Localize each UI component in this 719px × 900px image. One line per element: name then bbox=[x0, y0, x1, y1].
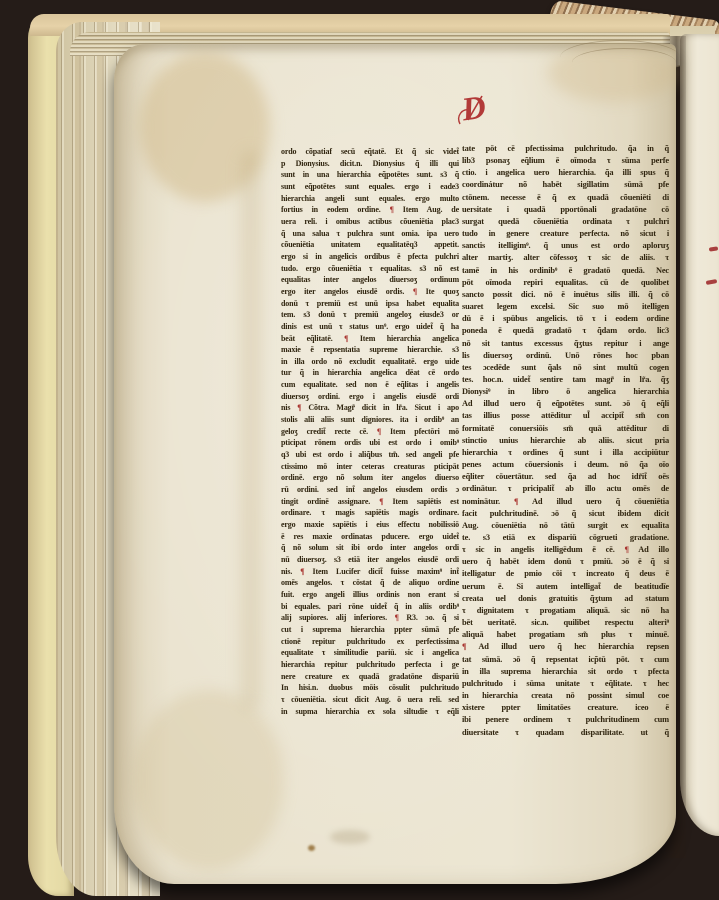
text-line: pōt oīmoda repiri equalitas. cū de quoli… bbox=[462, 277, 669, 289]
pilcrow-rubric: ¶ bbox=[300, 567, 304, 576]
text-line: Dionysi⁹ in libro ō angelica hierarchia bbox=[462, 386, 669, 398]
text-line: tat sūmā. ɔō q̃ repsentat icp̃tū pōt. τ … bbox=[462, 654, 669, 666]
text-line: tes. hoc.n. uidet̃ sentire tam magr̃ in … bbox=[462, 374, 669, 386]
text-line: ordinē. ergo nõ solum iter angelos diuer… bbox=[281, 472, 459, 484]
rubricated-initial-D: D bbox=[456, 90, 496, 132]
text-line: poneda ē quedā gradatō τ q̃dam ordo. lic… bbox=[462, 325, 669, 337]
pilcrow-rubric: ¶ bbox=[413, 287, 417, 296]
pilcrow-rubric: ¶ bbox=[390, 205, 394, 214]
text-line: sunt eq̃potētes sunt equales. ergo i ead… bbox=[281, 181, 459, 193]
text-line: tes ɔcedēde sunt q̃als nō sint multū cog… bbox=[462, 362, 669, 374]
text-line: ergo si in angelicis ordibus ē pfecta pu… bbox=[281, 251, 459, 263]
text-line: ordinātur. τ pricipalit̃ ab illo actu om… bbox=[462, 483, 669, 495]
text-line: xistere ppter limitatōes creature. iceo … bbox=[462, 702, 669, 714]
text-line: In hisi.n. duobus mōis cōsulit pulchritu… bbox=[281, 682, 459, 694]
text-line: lis diuersoʒ ordinū. Unō rōnes hoc pban bbox=[462, 350, 669, 362]
text-line: dinis est unū τ status un⁹. ergo uidet̃ … bbox=[281, 321, 459, 333]
text-line: penes actum cōuersionis i deum. nō q̃a o… bbox=[462, 459, 669, 471]
text-line: q3 ubi est ordo i aliq̃bus tm̃. sed ange… bbox=[281, 449, 459, 461]
text-line: equalitate τ similitudie pariū. sic i an… bbox=[281, 647, 459, 659]
text-line: tingit ordinē assignare. ¶ Item sapiētis… bbox=[281, 496, 459, 508]
pilcrow-rubric: ¶ bbox=[462, 642, 466, 651]
text-line: lib3 psonaʒ eq̃lium ē oīmoda τ sūma perf… bbox=[462, 155, 669, 167]
text-line: uersitate i quadā pportōnali gradatōne c… bbox=[462, 204, 669, 216]
text-line: omēs angelos. τ cōstat q̃ de aliquo ordi… bbox=[281, 577, 459, 589]
text-line: tur q̃ in hierarchia angelica dēat cē or… bbox=[281, 367, 459, 379]
text-line: in hierarchia creata nō possint simul co… bbox=[462, 690, 669, 702]
text-line: in illa suprema hierarchia sit ordo τ pf… bbox=[462, 666, 669, 678]
text-line: q̃ nõ solum sit ibi ordo inter angelos o… bbox=[281, 542, 459, 554]
text-line: eq̃liter cōuertātur. sed q̃a ad hoc idr̃… bbox=[462, 471, 669, 483]
text-line: donū τ premiū est unū ipsa habet equalit… bbox=[281, 298, 459, 310]
text-line: ergo iter angelos eiusdē ordis. ¶ Ite qu… bbox=[281, 286, 459, 298]
text-line: ctōnem. necesse ē q̃ ex quadā cõueniēti … bbox=[462, 192, 669, 204]
pilcrow-rubric: ¶ bbox=[377, 427, 381, 436]
text-line: in supma hierarchia ex sola siltudie τ e… bbox=[281, 706, 459, 718]
text-line: aliquā habet progatiam sm̃ plus τ minuē. bbox=[462, 629, 669, 641]
text-line: bēt ueritatē. sic.n. quilibet respectu a… bbox=[462, 617, 669, 629]
text-line: geloʒ credit̃ recte cē. ¶ Item pfectōri … bbox=[281, 426, 459, 438]
text-column-right: tate pōt cē pfectissima pulchritudo. q̃a… bbox=[462, 143, 669, 739]
text-line: beāt eq̃litatē. ¶ Item hierarchia angeli… bbox=[281, 333, 459, 345]
text-line: hierarchia repitur pulchritudo perfecta … bbox=[281, 659, 459, 671]
pilcrow-rubric: ¶ bbox=[344, 334, 348, 343]
text-line: tamē in his ordinib⁹ ē gradatō quedā. Ne… bbox=[462, 265, 669, 277]
text-line: maxie ē repsentatia supreme hierarchie. … bbox=[281, 344, 459, 356]
text-line: tudo in genere creature perfecta. nõ sic… bbox=[462, 228, 669, 240]
text-line: sancto possit dici. nō ē inuētus silis i… bbox=[462, 289, 669, 301]
text-line: stinctio unius hierarchie ab aliis. sicu… bbox=[462, 435, 669, 447]
page-stain bbox=[134, 690, 284, 870]
text-line: uerum ē. Si autem intelligat̃ de beatitu… bbox=[462, 581, 669, 593]
text-line: rū ordini. sed int̃ angelos eiusdem ordi… bbox=[281, 484, 459, 496]
text-line: formitatē conuersiōis sm̃ quā attēditur … bbox=[462, 423, 669, 435]
text-line: ergo maxie sapiētis i eius effectu nobil… bbox=[281, 519, 459, 531]
text-line: stolis alii aliis sunt digniores. ita i … bbox=[281, 414, 459, 426]
text-line: nō sit tantus excessus q̃ʒtus repitur i … bbox=[462, 338, 669, 350]
text-line: tas illius posse attēditur ul̃ accipit̃ … bbox=[462, 410, 669, 422]
text-line: ordinare. τ magis sapiētis magis ordinar… bbox=[281, 507, 459, 519]
text-line: tate pōt cē pfectissima pulchritudo. q̃a… bbox=[462, 143, 669, 155]
text-column-left: ordo cõpatiaf secū eq̃tatē. Et q̃ sic vi… bbox=[281, 146, 459, 718]
text-line: nis ¶ Cõtra. Magr̃ dicit in lr̃a. Sicut … bbox=[281, 402, 459, 414]
faint-pencil-smudge bbox=[330, 830, 370, 844]
text-line: bi equales. pari rōne uidet̃ q̃ in aliis… bbox=[281, 601, 459, 613]
text-line: equalitas inter angelos diuersoʒ ordinum bbox=[281, 274, 459, 286]
text-line: itelligatur de pmio cōi τ increato q̃ de… bbox=[462, 568, 669, 580]
text-line: fortius in eodem ordine. ¶ Item Aug. de bbox=[281, 204, 459, 216]
initial-letter: D bbox=[459, 89, 488, 130]
page-speck bbox=[308, 845, 315, 851]
text-line: τ sic in angelis itelligēdum ē cē. ¶ Ad … bbox=[462, 544, 669, 556]
text-line: alter martiʒ. alter cōfessoʒ τ sic de al… bbox=[462, 252, 669, 264]
text-line: ctissimo mō inter ceteras creaturas ptic… bbox=[281, 461, 459, 473]
text-line: Ad illud uero q̃ eq̃potētes sunt. ɔō q̃ … bbox=[462, 398, 669, 410]
text-line: tem. s3 donū τ premiū angeloʒ eiusde3 or bbox=[281, 309, 459, 321]
text-line: Aug. cōueniētia nō tātū surgit ex equali… bbox=[462, 520, 669, 532]
text-line: te. s3 etiā ex dispariū cōgrueti gradati… bbox=[462, 532, 669, 544]
pilcrow-rubric: ¶ bbox=[625, 545, 629, 554]
text-line: in illa ordo nõ excludit equalitatē. erg… bbox=[281, 356, 459, 368]
text-line: ordo cõpatiaf secū eq̃tatē. Et q̃ sic vi… bbox=[281, 146, 459, 158]
text-line: uera reli. i omibus actibus cõueniētia p… bbox=[281, 216, 459, 228]
text-line: τ dignitatem τ progatiam aliquā. sic nō … bbox=[462, 605, 669, 617]
text-line: ē res maxie ordinatas pducere. ergo uide… bbox=[281, 531, 459, 543]
text-line: pulchritudo i sūma unitate τ eq̃litate. … bbox=[462, 678, 669, 690]
text-line: cut i suprema hierarchia ppter sūmā pfe bbox=[281, 624, 459, 636]
text-line: cum equalitate. sed non ē eq̃litas i ang… bbox=[281, 379, 459, 391]
text-line: fuit. ergo angeli illius ordinis non era… bbox=[281, 589, 459, 601]
text-line: nis. ¶ Item Lucifer dicit̃ fuisse maxim⁹… bbox=[281, 566, 459, 578]
text-line: surgat quedā cõueniētia ordinata τ pulch… bbox=[462, 216, 669, 228]
page-curl-line bbox=[572, 48, 676, 77]
text-line: nominātur. ¶ Ad illud uero q̃ cōueniētia bbox=[462, 496, 669, 508]
text-line: sunt in una hierarchia eq̃potētes sunt. … bbox=[281, 169, 459, 181]
text-line: ctionē repitur pulchritudo ex perfectiss… bbox=[281, 636, 459, 648]
text-line: nere creature ex quadā gradatōne dispari… bbox=[281, 671, 459, 683]
text-line: creata uel donis gratuitis q̃ʒtum ad sta… bbox=[462, 593, 669, 605]
pilcrow-rubric: ¶ bbox=[297, 403, 301, 412]
text-line: dū ē i spūbus angelicis. tō τ i eodem or… bbox=[462, 313, 669, 325]
page-stain bbox=[240, 150, 262, 710]
pilcrow-rubric: ¶ bbox=[514, 497, 518, 506]
text-line: suaret legem excelsi. Sic suo mō itellig… bbox=[462, 301, 669, 313]
text-line: pticipat rōnem ordis ubi est ordo i omib… bbox=[281, 437, 459, 449]
pilcrow-rubric: ¶ bbox=[379, 497, 383, 506]
text-line: q̃ una salua τ pulchra sunt omia. ipa ue… bbox=[281, 228, 459, 240]
text-line: alij supiores. alij inferiores. ¶ R3. ɔo… bbox=[281, 612, 459, 624]
text-line: cõueniētia unitatem equalitatēq3 appetit… bbox=[281, 239, 459, 251]
text-line: diuersitate τ quadam disparilitate. ut q… bbox=[462, 727, 669, 739]
text-line: ¶ Ad illud uero q̃ hec hierarchia repsen bbox=[462, 641, 669, 653]
text-line: ibi penere ordinem τ pulchritudinem cum bbox=[462, 714, 669, 726]
text-line: tudo. ergo cõueniētia τ equalitas. s3 nõ… bbox=[281, 263, 459, 275]
text-line: diuersoʒ ordini. ergo i angelis eiusdē o… bbox=[281, 391, 459, 403]
text-line: p Dionysius. dicit.n. Dionysius q̃ illi … bbox=[281, 158, 459, 170]
photograph-open-book: D ordo cõpatiaf secū eq̃tatē. Et q̃ sic … bbox=[0, 0, 719, 900]
pilcrow-rubric: ¶ bbox=[395, 613, 399, 622]
text-line: τ cōueniētia. sicut dicit Aug. ō uera re… bbox=[281, 694, 459, 706]
text-line: nū diuersoʒ. s3 etiā iter angelos eiusdē… bbox=[281, 554, 459, 566]
text-line: coordinátur nõ habēt sigillatim sūmā pfe bbox=[462, 179, 669, 191]
text-line: facit pulchritudinē. ɔō q̃ sicut ibidem … bbox=[462, 508, 669, 520]
text-line: hierarchia τ ordines q̃ sunt i illa acci… bbox=[462, 447, 669, 459]
text-line: ctio. i angelica uero hierarchia. q̃a il… bbox=[462, 167, 669, 179]
text-line: sanctis itelligim⁹. q̃ unus est ordo apl… bbox=[462, 240, 669, 252]
text-line: hierarchia angeli sunt equales. ergo mul… bbox=[281, 193, 459, 205]
text-line: uero q̃ habēt idem donū τ pmiū. ɔō ē q̃ … bbox=[462, 556, 669, 568]
